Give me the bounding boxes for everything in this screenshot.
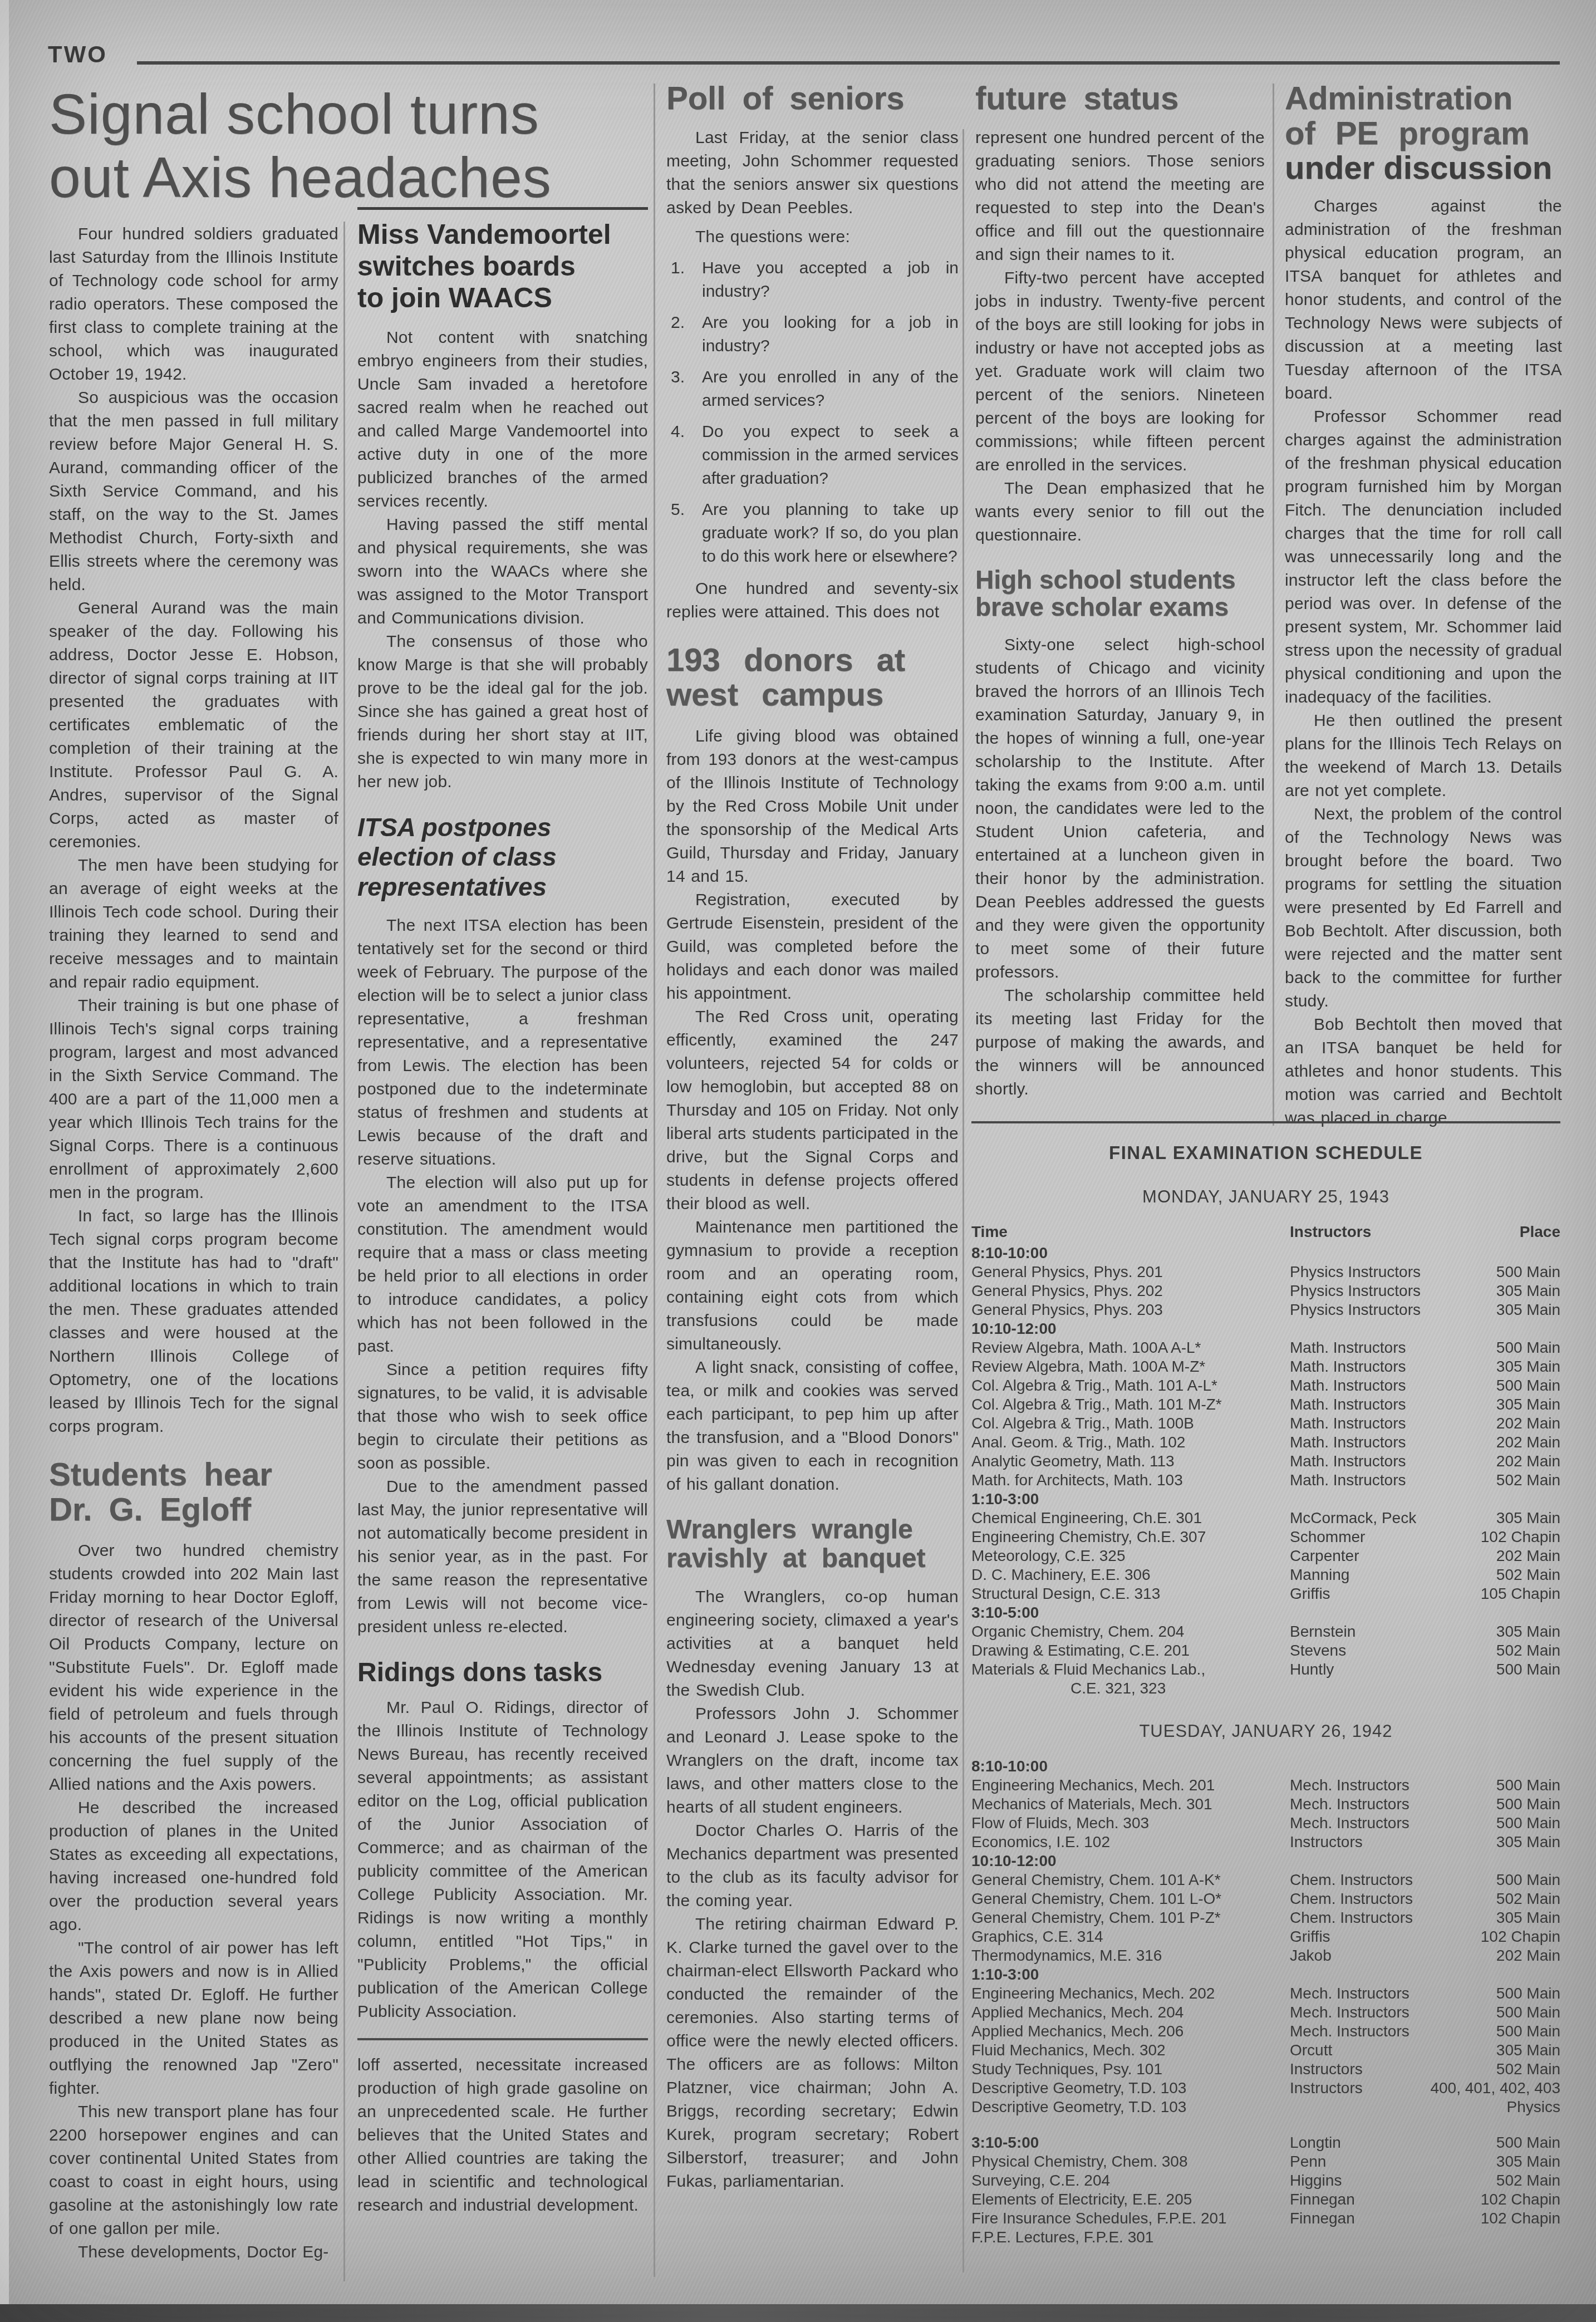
place: 500 Main (1496, 1814, 1560, 1833)
course: Thermodynamics, M.E. 316 (971, 1946, 1290, 1965)
exam-row: Engineering Mechanics, Mech. 201Mech. In… (971, 1776, 1560, 1795)
course: Review Algebra, Math. 100A A-L* (971, 1338, 1290, 1357)
paragraph: The retiring chairman Edward P. K. Clark… (666, 1913, 959, 2193)
exam-row: Meteorology, C.E. 325Carpenter202 Main (971, 1547, 1560, 1565)
article-signal-school-body: Four hundred soldiers graduated last Sat… (49, 223, 338, 1439)
instructor: Mech. Instructors (1290, 1776, 1496, 1795)
headline-line: brave scholar exams (975, 593, 1265, 621)
place: 500 Main (1496, 1660, 1560, 1679)
exam-row: Flow of Fluids, Mech. 303Mech. Instructo… (971, 1814, 1560, 1833)
article-high-school-body: Sixty-one select high-school students of… (975, 634, 1265, 1101)
instructor: Instructors (1290, 2079, 1430, 2098)
exam-day-heading: TUESDAY, JANUARY 26, 1942 (971, 1721, 1560, 1741)
course: Col. Algebra & Trig., Math. 100B (971, 1414, 1290, 1433)
place: 502 Main (1496, 1889, 1560, 1908)
time-label: 3:10-5:00 (971, 2133, 1290, 2152)
exam-row: General Chemistry, Chem. 101 L-O*Chem. I… (971, 1889, 1560, 1908)
headline-poll-of-seniors: Poll of seniors (666, 81, 959, 116)
instructor (1290, 1319, 1560, 1338)
scan-bottom-band (0, 2304, 1596, 2322)
headline-students-hear-egloff: Students hear Dr. G. Egloff (49, 1457, 338, 1527)
column-divider (962, 129, 964, 2272)
course: Engineering Mechanics, Mech. 201 (971, 1776, 1290, 1795)
course: General Physics, Phys. 201 (971, 1263, 1290, 1282)
exam-time-row: 3:10-5:00Longtin500 Main (971, 2133, 1560, 2152)
instructor (1290, 1852, 1560, 1871)
page-number: TWO (48, 41, 107, 68)
exam-row: Descriptive Geometry, T.D. 103Instructor… (971, 2079, 1560, 2098)
paragraph: Life giving blood was obtained from 193 … (666, 725, 959, 888)
page-edge (0, 0, 9, 2322)
headline-high-school: High school students brave scholar exams (975, 566, 1265, 621)
column-divider (343, 222, 345, 2281)
exam-row: General Physics, Phys. 202Physics Instru… (971, 1282, 1560, 1300)
instructor: Instructors (1290, 1833, 1496, 1852)
column-divider (1273, 84, 1274, 1126)
exam-row: Graphics, C.E. 314Griffis102 Chapin (971, 1927, 1560, 1946)
instructor: McCormack, Peck (1290, 1509, 1496, 1528)
instructor: Math. Instructors (1290, 1452, 1496, 1471)
column-header-instructors: Instructors (1290, 1223, 1520, 1241)
exam-row: C.E. 321, 323 (971, 1679, 1560, 1698)
exam-row: Elements of Electricity, E.E. 205Finnega… (971, 2190, 1560, 2209)
instructor: Manning (1290, 1565, 1496, 1584)
paragraph: Registration, executed by Gertrude Eisen… (666, 888, 959, 1005)
article-wranglers-body: The Wranglers, co-op human engineering s… (666, 1585, 959, 2193)
headline-line: west campus (666, 678, 959, 713)
place: 102 Chapin (1481, 2190, 1560, 2209)
paragraph: The Red Cross unit, operating efficently… (666, 1005, 959, 1216)
column-2: Miss Vandemoortel switches boards to joi… (357, 207, 648, 2217)
instructor: Chem. Instructors (1290, 1908, 1496, 1927)
instructor: Mech. Instructors (1290, 2003, 1496, 2022)
course: Meteorology, C.E. 325 (971, 1547, 1290, 1565)
paragraph: Doctor Charles O. Harris of the Mechanic… (666, 1819, 959, 1913)
course: Chemical Engineering, Ch.E. 301 (971, 1509, 1290, 1528)
time-label: 8:10-10:00 (971, 1244, 1290, 1263)
paragraph: Over two hundred chemistry students crow… (49, 1539, 338, 1796)
paragraph: Professors John J. Schommer and Leonard … (666, 1702, 959, 1819)
question-number: 4. (666, 420, 702, 490)
instructor: Chem. Instructors (1290, 1889, 1496, 1908)
article-donors-body: Life giving blood was obtained from 193 … (666, 725, 959, 1496)
instructor: Jakob (1290, 1946, 1496, 1965)
paragraph: Sixty-one select high-school students of… (975, 634, 1265, 984)
masthead-rule (137, 61, 1560, 65)
place: 305 Main (1496, 2152, 1560, 2171)
instructor: Physics Instructors (1290, 1263, 1496, 1282)
article-vandemoortel-box: Miss Vandemoortel switches boards to joi… (357, 207, 648, 794)
paragraph: A light snack, consisting of coffee, tea… (666, 1356, 959, 1496)
exam-row: General Chemistry, Chem. 101 P-Z*Chem. I… (971, 1908, 1560, 1927)
instructor: Math. Instructors (1290, 1395, 1496, 1414)
course: Structural Design, C.E. 313 (971, 1584, 1290, 1603)
paragraph: Four hundred soldiers graduated last Sat… (49, 223, 338, 386)
paragraph: The election will also put up for vote a… (357, 1171, 648, 1358)
exam-row: Materials & Fluid Mechanics Lab.,Huntly5… (971, 1660, 1560, 1679)
instructor: Schommer (1290, 1528, 1481, 1547)
article-vandemoortel-body: Not content with snatching embryo engine… (357, 326, 648, 794)
headline-itsa-election: ITSA postpones election of class represe… (357, 813, 648, 902)
course: General Physics, Phys. 203 (971, 1300, 1290, 1319)
instructor: Mech. Instructors (1290, 1984, 1496, 2003)
course: Descriptive Geometry, T.D. 103 (971, 2098, 1290, 2117)
course: Anal. Geom. & Trig., Math. 102 (971, 1433, 1290, 1452)
column-header-time: Time (971, 1223, 1290, 1241)
question-text: Are you planning to take up graduate wor… (702, 498, 959, 568)
exam-row: Organic Chemistry, Chem. 204Bernstein305… (971, 1622, 1560, 1641)
instructor: Bernstein (1290, 1622, 1496, 1641)
course: Applied Mechanics, Mech. 206 (971, 2022, 1290, 2041)
exam-row: Applied Mechanics, Mech. 204Mech. Instru… (971, 2003, 1560, 2022)
paragraph: So auspicious was the occasion that the … (49, 386, 338, 597)
paragraph: The Wranglers, co-op human engineering s… (666, 1585, 959, 1702)
place: 202 Main (1496, 1547, 1560, 1565)
headline-ridings: Ridings dons tasks (357, 1658, 648, 1688)
headline-future-status: future status (975, 81, 1265, 116)
exam-row: Structural Design, C.E. 313Griffis105 Ch… (971, 1584, 1560, 1603)
instructor: Griffis (1290, 1927, 1481, 1946)
paragraph: The scholarship committee held its meeti… (975, 984, 1265, 1101)
instructor: Finnegan (1290, 2190, 1481, 2209)
question-number: 3. (666, 366, 702, 413)
questions-intro: The questions were: (666, 225, 959, 249)
headline-vandemoortel: Miss Vandemoortel switches boards to joi… (357, 219, 648, 314)
exam-time-row: 1:10-3:00 (971, 1965, 1560, 1984)
course: Study Techniques, Psy. 101 (971, 2060, 1290, 2079)
time-label: 3:10-5:00 (971, 1603, 1290, 1622)
questions-list: 1.Have you accepted a job in industry?2.… (666, 257, 959, 568)
exam-row: Surveying, C.E. 204Higgins502 Main (971, 2171, 1560, 2190)
place: 500 Main (1496, 2003, 1560, 2022)
paragraph: Due to the amendment passed last May, th… (357, 1475, 648, 1639)
column-5: Administration of PE program under discu… (1285, 81, 1562, 1130)
paragraph: "The control of air power has left the A… (49, 1937, 338, 2100)
exam-row: Col. Algebra & Trig., Math. 101 A-L*Math… (971, 1376, 1560, 1395)
instructor (1290, 2098, 1507, 2117)
question-item: 3.Are you enrolled in any of the armed s… (666, 366, 959, 413)
question-text: Are you looking for a job in industry? (702, 311, 959, 358)
instructor (1290, 1965, 1560, 1984)
exam-day-heading: MONDAY, JANUARY 25, 1943 (971, 1187, 1560, 1207)
exam-row: Descriptive Geometry, T.D. 103Physics (971, 2098, 1560, 2117)
exam-row: Economics, I.E. 102Instructors305 Main (971, 1833, 1560, 1852)
exam-row: Math. for Architects, Math. 103Math. Ins… (971, 1471, 1560, 1490)
place: 102 Chapin (1481, 2209, 1560, 2228)
question-text: Have you accepted a job in industry? (702, 257, 959, 303)
headline-line: out Axis headaches (49, 146, 650, 209)
instructor: Orcutt (1290, 2041, 1496, 2060)
place: 500 Main (1496, 1376, 1560, 1395)
instructor: Math. Instructors (1290, 1433, 1496, 1452)
course: C.E. 321, 323 (971, 1679, 1290, 1698)
time-label: 1:10-3:00 (971, 1490, 1290, 1509)
time-label: 10:10-12:00 (971, 1852, 1290, 1871)
paragraph: Professor Schommer read charges against … (1285, 405, 1562, 709)
place: 500 Main (1496, 1776, 1560, 1795)
course: Drawing & Estimating, C.E. 201 (971, 1641, 1290, 1660)
place: 202 Main (1496, 1414, 1560, 1433)
time-label: 8:10-10:00 (971, 1757, 1290, 1776)
paragraph: Since a petition requires fifty signatur… (357, 1358, 648, 1475)
column-3: Poll of seniors Last Friday, at the seni… (666, 81, 959, 2193)
course: Col. Algebra & Trig., Math. 101 M-Z* (971, 1395, 1290, 1414)
instructor (1290, 1490, 1560, 1509)
exam-row: Physical Chemistry, Chem. 308Penn305 Mai… (971, 2152, 1560, 2171)
instructor (1290, 1679, 1560, 1698)
course: Economics, I.E. 102 (971, 1833, 1290, 1852)
question-item: 4.Do you expect to seek a commission in … (666, 420, 959, 490)
instructor: Physics Instructors (1290, 1300, 1496, 1319)
place: 502 Main (1496, 1641, 1560, 1660)
course: General Chemistry, Chem. 101 P-Z* (971, 1908, 1290, 1927)
exam-row: Engineering Chemistry, Ch.E. 307Schommer… (971, 1528, 1560, 1547)
article-itsa-body: The next ITSA election has been tentativ… (357, 914, 648, 1639)
place: 500 Main (1496, 1795, 1560, 1814)
article-poll-lead: Last Friday, at the senior class meeting… (666, 126, 959, 220)
headline-line: Administration (1285, 81, 1562, 116)
instructor: Longtin (1290, 2133, 1496, 2152)
course: Engineering Chemistry, Ch.E. 307 (971, 1528, 1290, 1547)
headline-193-donors: 193 donors at west campus (666, 643, 959, 713)
exam-time-row: 8:10-10:00 (971, 1244, 1560, 1263)
course: Engineering Mechanics, Mech. 202 (971, 1984, 1290, 2003)
course: Elements of Electricity, E.E. 205 (971, 2190, 1290, 2209)
headline-pe-admin: Administration of PE program under discu… (1285, 81, 1562, 186)
exam-row: Study Techniques, Psy. 101Instructors502… (971, 2060, 1560, 2079)
schedule-days: MONDAY, JANUARY 25, 1943TimeInstructorsP… (971, 1187, 1560, 2247)
instructor: Physics Instructors (1290, 1282, 1496, 1300)
headline-line: Signal school turns (49, 82, 650, 146)
instructor: Mech. Instructors (1290, 1795, 1496, 1814)
column-header-place: Place (1520, 1223, 1560, 1241)
exam-row: General Chemistry, Chem. 101 A-K*Chem. I… (971, 1871, 1560, 1889)
course: Math. for Architects, Math. 103 (971, 1471, 1290, 1490)
paragraph: Having passed the stiff mental and physi… (357, 513, 648, 630)
paragraph: The men have been studying for an averag… (49, 854, 338, 994)
course: General Chemistry, Chem. 101 A-K* (971, 1871, 1290, 1889)
question-text: Do you expect to seek a commission in th… (702, 420, 959, 490)
place: 502 Main (1496, 1471, 1560, 1490)
paragraph: General Aurand was the main speaker of t… (49, 597, 338, 854)
instructor: Mech. Instructors (1290, 2022, 1496, 2041)
schedule-top-rule (971, 1121, 1560, 1123)
place: 500 Main (1496, 1984, 1560, 2003)
course: Col. Algebra & Trig., Math. 101 A-L* (971, 1376, 1290, 1395)
instructor: Carpenter (1290, 1547, 1496, 1565)
headline-line: Dr. G. Egloff (49, 1493, 338, 1528)
headline-line: under discussion (1285, 151, 1562, 186)
place: 400, 401, 402, 403 (1430, 2079, 1560, 2098)
instructor: Griffis (1290, 1584, 1481, 1603)
exam-row: Col. Algebra & Trig., Math. 100BMath. In… (971, 1414, 1560, 1433)
instructor: Chem. Instructors (1290, 1871, 1496, 1889)
place: 105 Chapin (1481, 1584, 1560, 1603)
paragraph: represent one hundred percent of the gra… (975, 126, 1265, 267)
paragraph: Mr. Paul O. Ridings, director of the Ill… (357, 1696, 648, 2024)
question-number: 5. (666, 498, 702, 568)
paragraph: These developments, Doctor Eg- (49, 2241, 338, 2264)
article-egloff-body: Over two hundred chemistry students crow… (49, 1539, 338, 2264)
place: 305 Main (1496, 1282, 1560, 1300)
exam-time-row: 8:10-10:00 (971, 1757, 1560, 1776)
course: Review Algebra, Math. 100A M-Z* (971, 1357, 1290, 1376)
place: 500 Main (1496, 1263, 1560, 1282)
course: Analytic Geometry, Math. 113 (971, 1452, 1290, 1471)
place: 500 Main (1496, 1871, 1560, 1889)
course: Graphics, C.E. 314 (971, 1927, 1290, 1946)
exam-row: General Physics, Phys. 203Physics Instru… (971, 1300, 1560, 1319)
place: 202 Main (1496, 1946, 1560, 1965)
exam-row: Review Algebra, Math. 100A A-L*Math. Ins… (971, 1338, 1560, 1357)
paragraph: The Dean emphasized that he wants every … (975, 477, 1265, 547)
place: Physics (1507, 2098, 1560, 2117)
course: General Chemistry, Chem. 101 L-O* (971, 1889, 1290, 1908)
headline-line: Wranglers wrangle (666, 1515, 959, 1544)
question-number: 2. (666, 311, 702, 358)
course: F.P.E. Lectures, F.P.E. 301 (971, 2228, 1290, 2247)
question-number: 1. (666, 257, 702, 303)
paragraph: Charges against the administration of th… (1285, 195, 1562, 405)
headline-line: ITSA postpones (357, 813, 648, 842)
time-label: 10:10-12:00 (971, 1319, 1290, 1338)
schedule-title: FINAL EXAMINATION SCHEDULE (971, 1142, 1560, 1164)
question-text: Are you enrolled in any of the armed ser… (702, 366, 959, 413)
instructor: Finnegan (1290, 2209, 1481, 2228)
paragraph: He described the increased production of… (49, 1796, 338, 1937)
place: 305 Main (1496, 1833, 1560, 1852)
exam-column-headers: TimeInstructorsPlace (971, 1223, 1560, 1241)
instructor: Math. Instructors (1290, 1357, 1496, 1376)
exam-row: Chemical Engineering, Ch.E. 301McCormack… (971, 1509, 1560, 1528)
paragraph: Last Friday, at the senior class meeting… (666, 126, 959, 220)
headline-wranglers: Wranglers wrangle ravishly at banquet (666, 1515, 959, 1573)
paragraph: Next, the problem of the control of the … (1285, 803, 1562, 1013)
headline-line: switches boards (357, 251, 648, 282)
exam-row: General Physics, Phys. 201Physics Instru… (971, 1263, 1560, 1282)
exam-time-row: 10:10-12:00 (971, 1852, 1560, 1871)
course: Descriptive Geometry, T.D. 103 (971, 2079, 1290, 2098)
exam-row: Engineering Mechanics, Mech. 202Mech. In… (971, 1984, 1560, 2003)
place: 102 Chapin (1481, 1927, 1560, 1946)
exam-time-row: 3:10-5:00 (971, 1603, 1560, 1622)
instructor: Instructors (1290, 2060, 1496, 2079)
place: 202 Main (1496, 1433, 1560, 1452)
place: 502 Main (1496, 1565, 1560, 1584)
place: 305 Main (1496, 1395, 1560, 1414)
exam-row: Analytic Geometry, Math. 113Math. Instru… (971, 1452, 1560, 1471)
exam-row: Review Algebra, Math. 100A M-Z*Math. Ins… (971, 1357, 1560, 1376)
section-rule (357, 2038, 648, 2040)
paragraph: The consensus of those who know Marge is… (357, 630, 648, 794)
exam-row: Mechanics of Materials, Mech. 301Mech. I… (971, 1795, 1560, 1814)
place: 305 Main (1496, 1357, 1560, 1376)
article-pe-admin-body: Charges against the administration of th… (1285, 195, 1562, 1130)
newspaper-page: TWO Signal school turns out Axis headach… (0, 0, 1596, 2322)
instructor: Math. Instructors (1290, 1414, 1496, 1433)
article-ridings-body: Mr. Paul O. Ridings, director of the Ill… (357, 1696, 648, 2024)
course: Fire Insurance Schedules, F.P.E. 201 (971, 2209, 1290, 2228)
place: 305 Main (1496, 1300, 1560, 1319)
headline-line: Students hear (49, 1457, 338, 1493)
course: Applied Mechanics, Mech. 204 (971, 2003, 1290, 2022)
course: Materials & Fluid Mechanics Lab., (971, 1660, 1290, 1679)
instructor (1290, 1757, 1560, 1776)
exam-row: F.P.E. Lectures, F.P.E. 301 (971, 2228, 1560, 2247)
exam-time-row: 10:10-12:00 (971, 1319, 1560, 1338)
course: General Physics, Phys. 202 (971, 1282, 1290, 1300)
article-egloff-continuation: loff asserted, necessitate increased pro… (357, 2054, 648, 2217)
instructor: Math. Instructors (1290, 1338, 1496, 1357)
paragraph: He then outlined the present plans for t… (1285, 709, 1562, 803)
place: 305 Main (1496, 1509, 1560, 1528)
paragraph: This new transport plane has four 2200 h… (49, 2100, 338, 2241)
course: Mechanics of Materials, Mech. 301 (971, 1795, 1290, 1814)
headline-line: to join WAACS (357, 282, 648, 314)
instructor: Math. Instructors (1290, 1471, 1496, 1490)
exam-row: Applied Mechanics, Mech. 206Mech. Instru… (971, 2022, 1560, 2041)
place: 202 Main (1496, 1452, 1560, 1471)
column-divider (654, 84, 655, 2277)
exam-row: Fluid Mechanics, Mech. 302Orcutt305 Main (971, 2041, 1560, 2060)
instructor (1290, 1244, 1560, 1263)
instructor: Stevens (1290, 1641, 1496, 1660)
poll-result-paragraph: One hundred and seventy-six replies were… (666, 577, 959, 624)
course: Fluid Mechanics, Mech. 302 (971, 2041, 1290, 2060)
course: Surveying, C.E. 204 (971, 2171, 1290, 2190)
place: 102 Chapin (1481, 1528, 1560, 1547)
place: 305 Main (1496, 2041, 1560, 2060)
headline-line: 193 donors at (666, 643, 959, 678)
paragraph: Not content with snatching embryo engine… (357, 326, 648, 513)
instructor (1290, 2228, 1560, 2247)
time-label: 1:10-3:00 (971, 1965, 1290, 1984)
paragraph: Fifty-two percent have accepted jobs in … (975, 267, 1265, 477)
course: Physical Chemistry, Chem. 308 (971, 2152, 1290, 2171)
exam-row: Fire Insurance Schedules, F.P.E. 201Finn… (971, 2209, 1560, 2228)
exam-row: Col. Algebra & Trig., Math. 101 M-Z*Math… (971, 1395, 1560, 1414)
question-item: 2.Are you looking for a job in industry? (666, 311, 959, 358)
place: 500 Main (1496, 2022, 1560, 2041)
place: 502 Main (1496, 2060, 1560, 2079)
question-item: 1.Have you accepted a job in industry? (666, 257, 959, 303)
exam-row: Thermodynamics, M.E. 316Jakob202 Main (971, 1946, 1560, 1965)
place: 500 Main (1496, 1338, 1560, 1357)
headline-line: Miss Vandemoortel (357, 219, 648, 251)
headline-signal-school: Signal school turns out Axis headaches (49, 82, 650, 209)
article-poll-continuation: represent one hundred percent of the gra… (975, 126, 1265, 547)
headline-line: of PE program (1285, 116, 1562, 151)
place: 500 Main (1496, 2133, 1560, 2152)
final-exam-schedule: FINAL EXAMINATION SCHEDULE MONDAY, JANUA… (971, 1142, 1560, 2247)
exam-row: Anal. Geom. & Trig., Math. 102Math. Inst… (971, 1433, 1560, 1452)
exam-time-row: 1:10-3:00 (971, 1490, 1560, 1509)
instructor: Huntly (1290, 1660, 1496, 1679)
exam-row: Drawing & Estimating, C.E. 201Stevens502… (971, 1641, 1560, 1660)
instructor (1290, 1603, 1560, 1622)
headline-line: election of class (357, 842, 648, 872)
headline-line: ravishly at banquet (666, 1544, 959, 1573)
instructor: Penn (1290, 2152, 1496, 2171)
place: 305 Main (1496, 1622, 1560, 1641)
paragraph: Bob Bechtolt then moved that an ITSA ban… (1285, 1013, 1562, 1130)
course: Organic Chemistry, Chem. 204 (971, 1622, 1290, 1641)
column-4: future status represent one hundred perc… (975, 81, 1265, 1101)
instructor: Mech. Instructors (1290, 1814, 1496, 1833)
column-1: Four hundred soldiers graduated last Sat… (49, 223, 338, 2264)
exam-row: D. C. Machinery, E.E. 306Manning502 Main (971, 1565, 1560, 1584)
paragraph: Their training is but one phase of Illin… (49, 994, 338, 1205)
